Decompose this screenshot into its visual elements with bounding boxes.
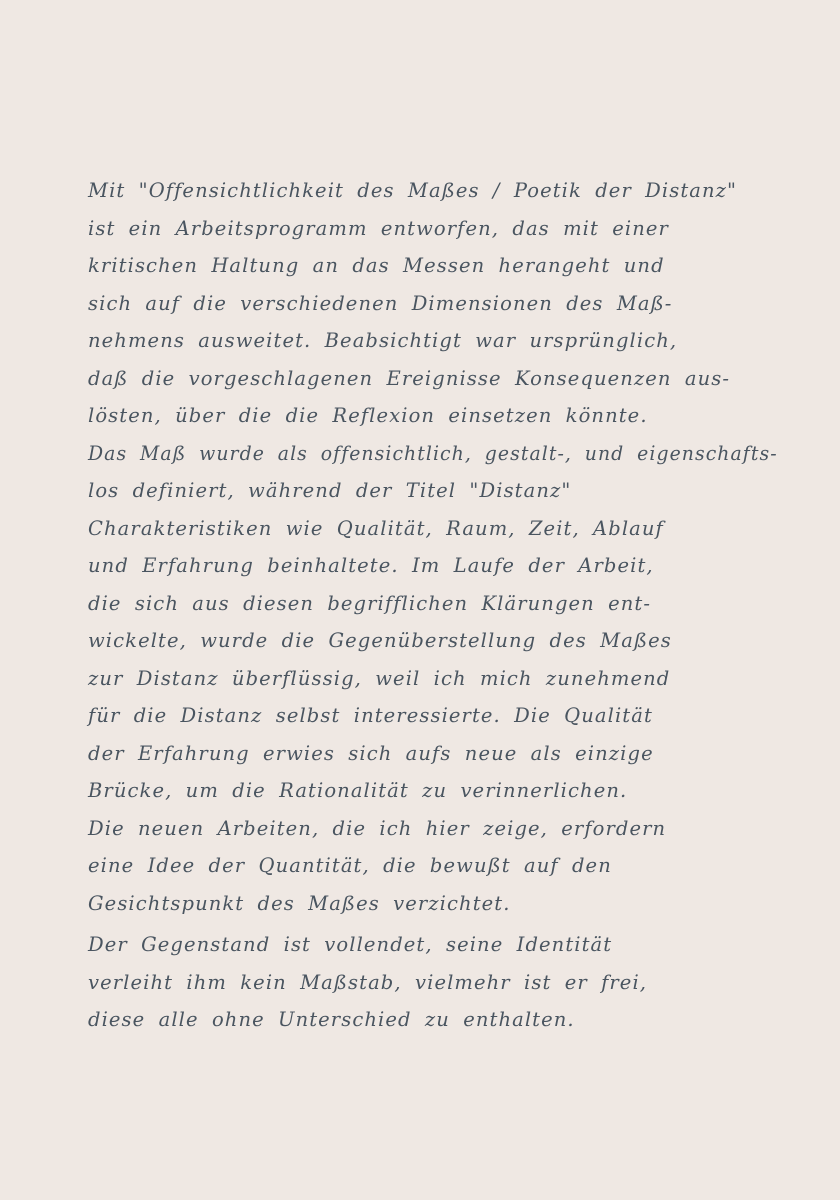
text-line: Das Maß wurde als offensichtlich, gestal… [88, 435, 755, 473]
text-line: diese alle ohne Unterschied zu enthalten… [88, 1001, 778, 1039]
text-line: wickelte, wurde die Gegenüberstellung de… [88, 622, 778, 660]
text-line: Mit "Offensichtlichkeit des Maßes / Poet… [88, 172, 778, 210]
text-line: verleiht ihm kein Maßstab, vielmehr ist … [88, 964, 778, 1002]
text-line: los definiert, während der Titel "Distan… [88, 472, 778, 510]
text-line: nehmens ausweitet. Beabsichtigt war ursp… [88, 322, 778, 360]
text-line: Charakteristiken wie Qualität, Raum, Zei… [88, 510, 778, 548]
text-line: lösten, über die die Reflexion einsetzen… [88, 397, 778, 435]
text-line: daß die vorgeschlagenen Ereignisse Konse… [88, 360, 778, 398]
manuscript-page: Mit "Offensichtlichkeit des Maßes / Poet… [0, 0, 840, 1200]
text-line: Der Gegenstand ist vollendet, seine Iden… [88, 926, 778, 964]
text-line: Gesichtspunkt des Maßes verzichtet. [88, 885, 778, 923]
text-line: der Erfahrung erwies sich aufs neue als … [88, 735, 778, 773]
text-line: zur Distanz überflüssig, weil ich mich z… [88, 660, 778, 698]
text-line: kritischen Haltung an das Messen herange… [88, 247, 778, 285]
text-line: ist ein Arbeitsprogramm entworfen, das m… [88, 210, 778, 248]
text-line: für die Distanz selbst interessierte. Di… [88, 697, 778, 735]
text-line: eine Idee der Quantität, die bewußt auf … [88, 847, 778, 885]
text-line: die sich aus diesen begrifflichen Klärun… [88, 585, 778, 623]
text-line: Brücke, um die Rationalität zu verinnerl… [88, 772, 778, 810]
text-line: Die neuen Arbeiten, die ich hier zeige, … [88, 810, 778, 848]
handwritten-text-block: Mit "Offensichtlichkeit des Maßes / Poet… [88, 172, 778, 1039]
text-line: und Erfahrung beinhaltete. Im Laufe der … [88, 547, 778, 585]
text-line: sich auf die verschiedenen Dimensionen d… [88, 285, 778, 323]
